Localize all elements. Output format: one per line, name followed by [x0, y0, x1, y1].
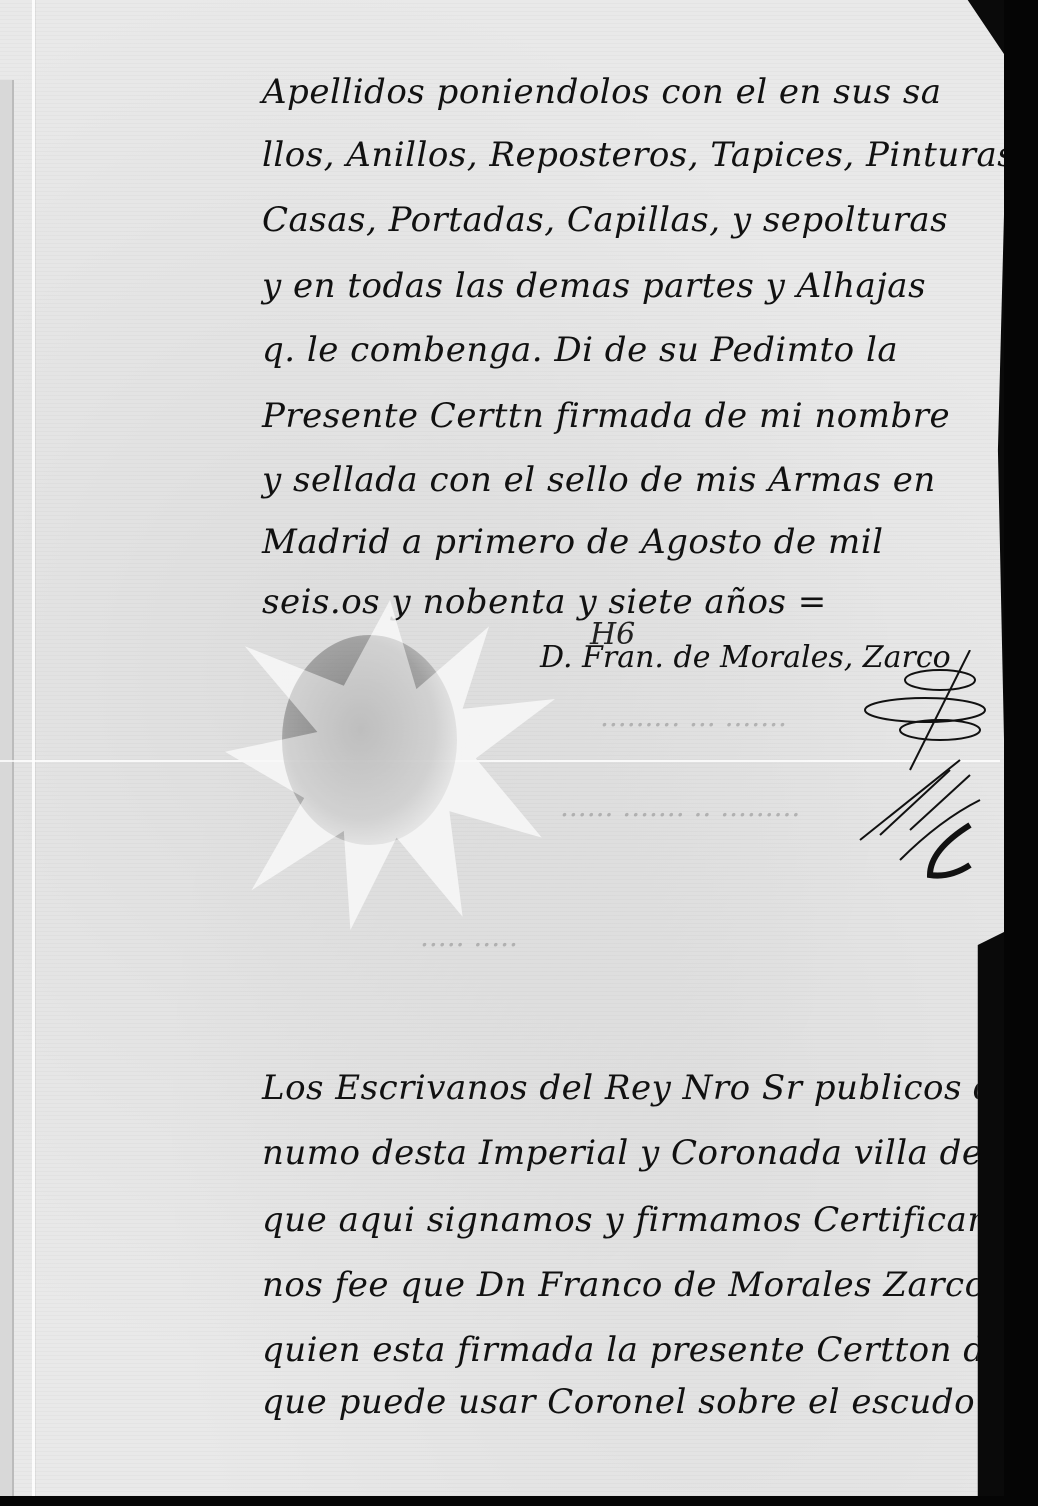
manuscript-line: que puede usar Coronel sobre el escudo d… [262, 1382, 1038, 1422]
manuscript-page: ......... ... ....... ...... ....... .. … [0, 0, 1008, 1500]
manuscript-line: y sellada con el sello de mis Armas en [262, 460, 936, 500]
manuscript-line: nos fee que Dn Franco de Morales Zarco d… [262, 1265, 1038, 1305]
manuscript-line: llos, Anillos, Reposteros, Tapices, Pint… [262, 135, 1015, 175]
scan-background-bottom [0, 1496, 1038, 1506]
seal-impression-through-wafer [282, 635, 457, 845]
manuscript-line: Presente Certtn firmada de mi nombre [262, 396, 950, 436]
manuscript-line: y en todas las demas partes y Alhajas [262, 266, 926, 306]
manuscript-line: quien esta firmada la presente Certton d… [262, 1330, 1006, 1370]
bleed-through-text: ..... ..... [420, 920, 518, 953]
vertical-fold-line [32, 0, 35, 1500]
manuscript-line: Madrid a primero de Agosto de mil [262, 522, 883, 562]
binding-edge [0, 80, 14, 1500]
manuscript-line: Apellidos poniendolos con el en sus sa [262, 72, 942, 112]
manuscript-line: numo desta Imperial y Coronada villa de … [262, 1133, 1038, 1173]
manuscript-line: que aqui signamos y firmamos Certificamo… [262, 1200, 1038, 1240]
manuscript-line: seis.os y nobenta y siete años = [262, 582, 827, 622]
manuscript-line: Casas, Portadas, Capillas, y sepolturas [262, 200, 948, 240]
scan-background-right [1004, 0, 1038, 1506]
manuscript-line: q. le combenga. Di de su Pedimto la [262, 330, 898, 370]
manuscript-line: Los Escrivanos del Rey Nro Sr publicos d [262, 1068, 996, 1108]
bleed-through-text: ...... ....... .. ......... [560, 790, 800, 823]
bleed-through-text: ......... ... ....... [600, 700, 787, 733]
signature-rubric-flourish [820, 650, 990, 880]
